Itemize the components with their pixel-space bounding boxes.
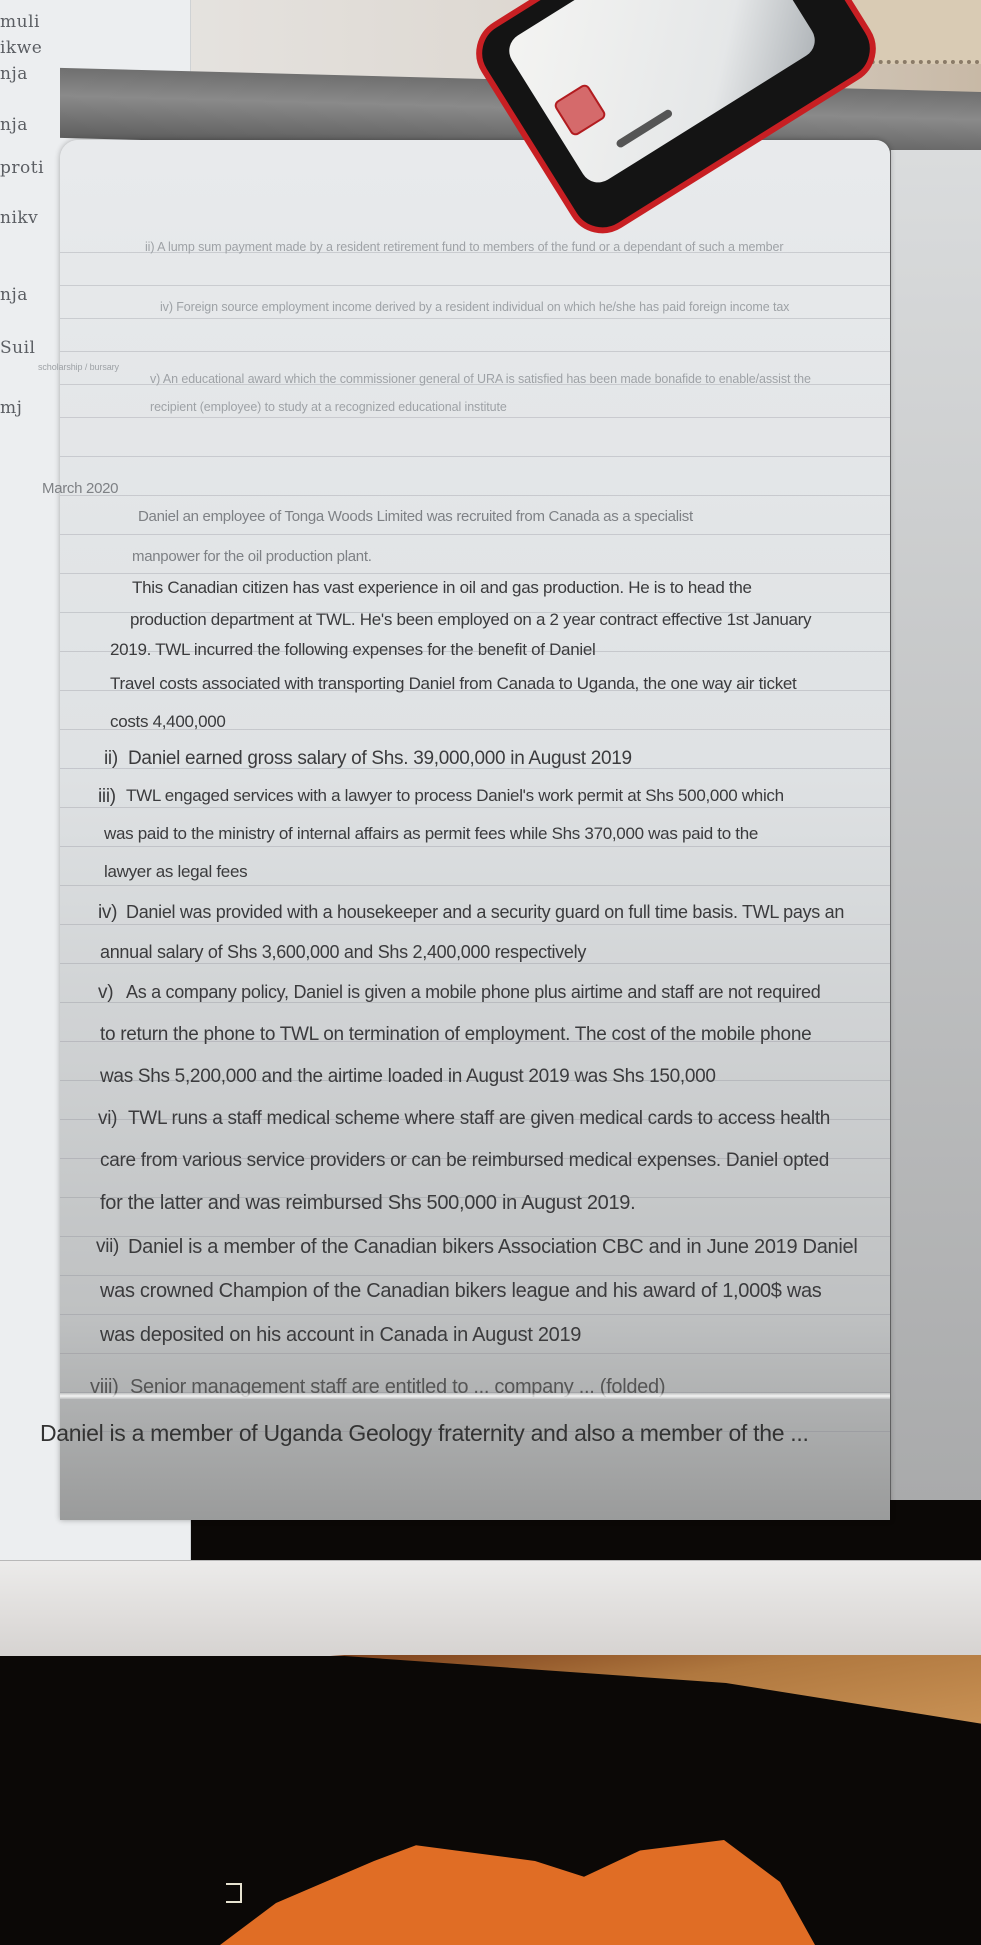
item-line: Daniel is a member of the Canadian biker… [128,1236,857,1259]
item-line: costs 4,400,000 [110,712,226,732]
item-line: was Shs 5,200,000 and the airtime loaded… [100,1066,716,1088]
item-number: ii) [104,748,118,770]
item-line: was paid to the ministry of internal aff… [104,824,758,844]
book-word: nikv [0,208,38,228]
item-line: Daniel was provided with a housekeeper a… [126,902,844,923]
item-number: iv) [98,902,117,924]
orange-fabric [220,1840,920,1945]
item-number: v) [98,982,113,1004]
intro-line: Daniel an employee of Tonga Woods Limite… [138,508,693,525]
book-word: Suil [0,338,35,358]
margin-note: scholarship / bursary [38,362,119,372]
book-word: muli [0,12,40,32]
item-number: iii) [98,786,116,808]
item-line: was crowned Champion of the Canadian bik… [100,1280,822,1303]
intro-line: 2019. TWL incurred the following expense… [110,640,595,660]
note-line: iv) Foreign source employment income der… [160,300,789,314]
book-word: mj [0,398,22,418]
item-line: lawyer as legal fees [104,862,247,882]
note-line: ii) A lump sum payment made by a residen… [145,240,783,254]
item-line: for the latter and was reimbursed Shs 50… [100,1192,635,1215]
intro-line: This Canadian citizen has vast experienc… [132,578,752,598]
book-word: nja [0,64,28,84]
item-line: TWL engaged services with a lawyer to pr… [126,786,784,806]
date-heading: March 2020 [42,480,118,497]
intro-line: manpower for the oil production plant. [132,548,372,565]
right-notebook-page [888,150,981,1500]
item-line: Daniel earned gross salary of Shs. 39,00… [128,748,632,770]
item-number: vi) [98,1108,117,1130]
small-white-bracket [226,1883,242,1903]
item-number: vii) [96,1236,119,1258]
book-word: nja [0,285,28,305]
item-line: to return the phone to TWL on terminatio… [100,1024,811,1046]
item-line: TWL runs a staff medical scheme where st… [128,1108,830,1130]
book-word: ikwe [0,38,42,58]
last-line: Daniel is a member of Uganda Geology fra… [40,1420,809,1447]
book-word: nja [0,115,28,135]
page-fold-crease [60,1393,890,1399]
item-line: Travel costs associated with transportin… [110,674,796,694]
note-line: v) An educational award which the commis… [150,365,850,421]
item-line: As a company policy, Daniel is given a m… [126,982,820,1003]
white-paper-strip [0,1560,981,1656]
wooden-table-edge [330,1655,981,1725]
item-line: annual salary of Shs 3,600,000 and Shs 2… [100,942,586,963]
book-word: proti [0,158,44,178]
intro-line: production department at TWL. He's been … [130,610,811,630]
item-line: was deposited on his account in Canada i… [100,1324,581,1347]
item-line: care from various service providers or c… [100,1150,829,1172]
